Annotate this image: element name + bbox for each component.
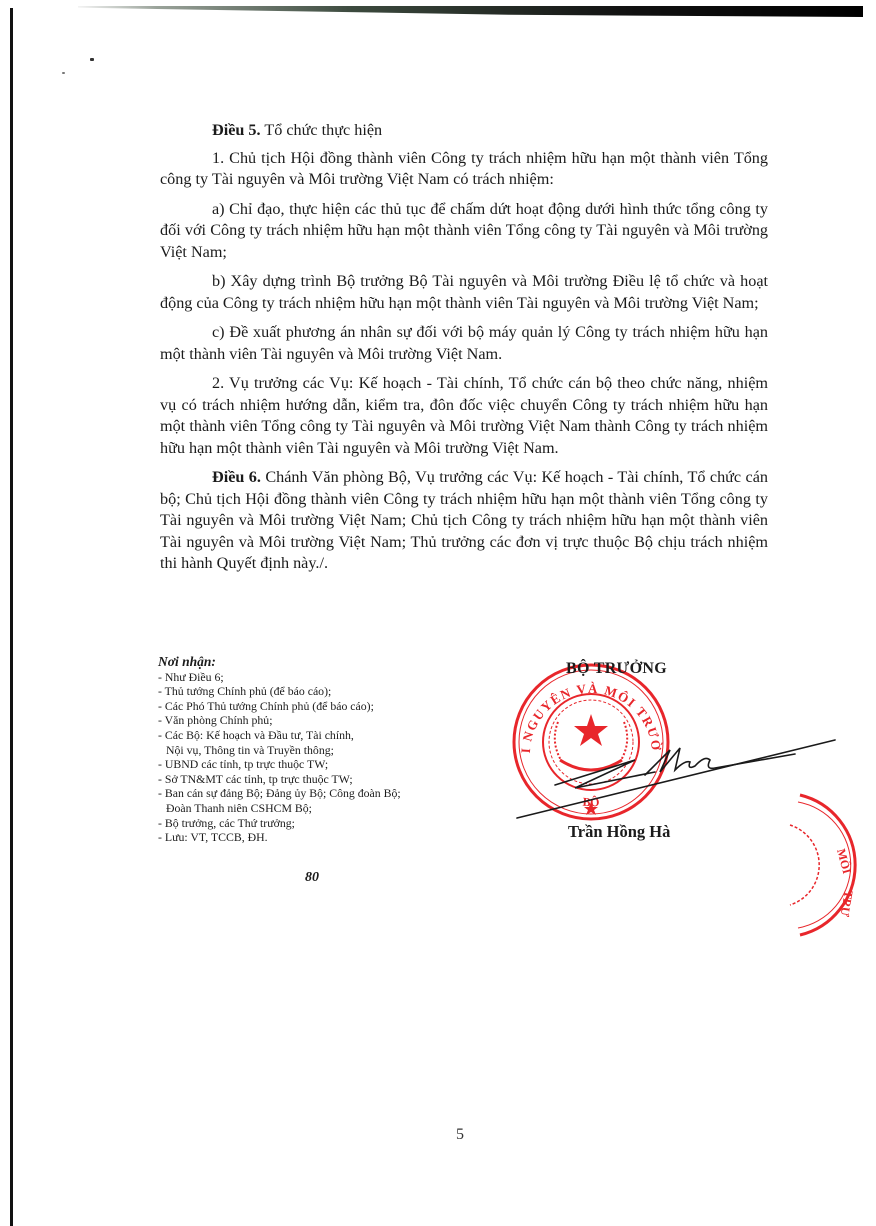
svg-text:TRƯ: TRƯ xyxy=(837,889,855,918)
article-5-clause-2: 2. Vụ trưởng các Vụ: Kế hoạch - Tài chín… xyxy=(160,373,768,459)
scan-speck xyxy=(90,58,94,61)
page-number: 5 xyxy=(456,1126,464,1144)
scan-speck xyxy=(62,72,65,74)
svg-text:MÔI: MÔI xyxy=(834,847,854,875)
document-body: Điều 5. Tổ chức thực hiện 1. Chủ tịch Hộ… xyxy=(160,120,768,583)
article-5-clause-1a: a) Chỉ đạo, thực hiện các thủ tục để chấ… xyxy=(160,199,768,264)
recipient-item: - Các Phó Thủ tướng Chính phủ (để báo cá… xyxy=(158,699,488,714)
recipient-item: - UBND các tỉnh, tp trực thuộc TW; xyxy=(158,757,488,772)
article-5-heading: Điều 5. Tổ chức thực hiện xyxy=(160,120,768,142)
recipients-list: - Như Điều 6;- Thủ tướng Chính phủ (để b… xyxy=(158,670,488,845)
article-5-clause-1b: b) Xây dựng trình Bộ trưởng Bộ Tài nguyê… xyxy=(160,271,768,314)
signer-name: Trần Hồng Hà xyxy=(568,822,670,842)
recipients-title: Nơi nhận: xyxy=(158,655,488,670)
recipient-item: - Như Điều 6; xyxy=(158,670,488,685)
article-6: Điều 6. Chánh Văn phòng Bộ, Vụ trưởng cá… xyxy=(160,467,768,575)
recipient-item: - Văn phòng Chính phủ; xyxy=(158,713,488,728)
recipient-item: - Lưu: VT, TCCB, ĐH. xyxy=(158,830,488,845)
article-5-clause-1c: c) Đề xuất phương án nhân sự đối với bộ … xyxy=(160,322,768,365)
recipient-item: - Ban cán sự đảng Bộ; Đảng ủy Bộ; Công đ… xyxy=(158,786,488,815)
initials-mark: 80 xyxy=(305,870,319,886)
recipient-item: - Sở TN&MT các tỉnh, tp trực thuộc TW; xyxy=(158,772,488,787)
signature-icon xyxy=(515,700,845,820)
recipient-item: - Các Bộ: Kế hoạch và Đầu tư, Tài chính,… xyxy=(158,728,488,757)
scan-border-left xyxy=(10,8,13,1226)
article-5-clause-1: 1. Chủ tịch Hội đồng thành viên Công ty … xyxy=(160,148,768,191)
recipient-item: - Bộ trưởng, các Thứ trưởng; xyxy=(158,816,488,831)
scan-border-top xyxy=(78,6,863,17)
signer-title: BỘ TRƯỞNG xyxy=(566,660,667,678)
recipient-item: - Thủ tướng Chính phủ (để báo cáo); xyxy=(158,684,488,699)
recipients-block: Nơi nhận: - Như Điều 6;- Thủ tướng Chính… xyxy=(158,655,488,845)
